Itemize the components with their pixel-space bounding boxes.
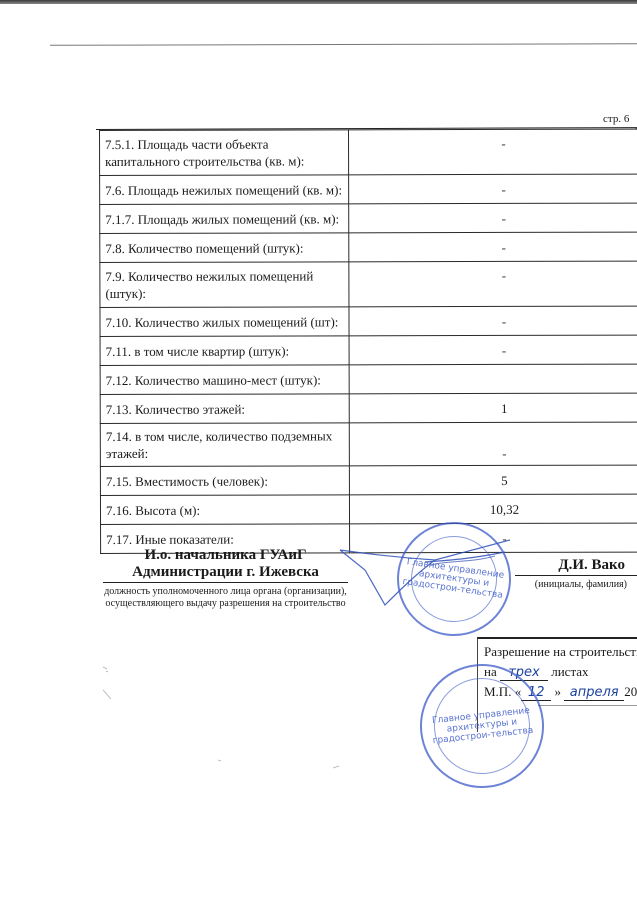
parameter-label: 7.5.1. Площадь части объекта капитальног… [100, 130, 349, 176]
permit-line1: Разрешение на строительство [484, 642, 637, 662]
table-row: 7.13. Количество этажей:1 [100, 393, 637, 423]
table-row: 7.8. Количество помещений (штук):- [100, 232, 637, 262]
building-parameters-table: 7.5.1. Площадь части объекта капитальног… [99, 129, 637, 554]
signatory-caption: должность уполномоченного лица органа (о… [103, 586, 348, 610]
parameter-value: 5 [349, 465, 637, 495]
parameter-value: 1 [349, 393, 637, 423]
header-rule [50, 43, 637, 46]
table-row: 7.12. Количество машино-мест (штук): [100, 364, 637, 394]
parameter-value: - [349, 261, 637, 307]
signatory-name-block: Д.И. Вако (инициалы, фамилия) [515, 557, 637, 590]
signatory-name: Д.И. Вако [515, 557, 637, 576]
parameter-label: 7.13. Количество этажей: [100, 394, 349, 424]
table-row: 7.5.1. Площадь части объекта капитальног… [100, 129, 637, 175]
seal-text: Главное управление архитектуры и градост… [397, 556, 510, 601]
parameter-label: 7.12. Количество машино-мест (штук): [100, 365, 349, 395]
table-row: 7.1.7. Площадь жилых помещений (кв. м):- [100, 203, 637, 233]
table-row: 7.15. Вместимость (человек):5 [100, 465, 637, 495]
parameter-label: 7.15. Вместимость (человек): [100, 466, 349, 496]
parameter-value: 10,32 [349, 494, 637, 524]
parameter-label: 7.8. Количество помещений (штук): [100, 233, 349, 263]
parameter-value: - [349, 335, 637, 365]
seal-text: Главное управление архитектуры и градост… [421, 705, 543, 747]
signatory-title-line1: И.о. начальника ГУАиГ [103, 547, 348, 564]
signatory-title-line2: Администрации г. Ижевска [103, 564, 348, 581]
parameter-value [349, 364, 637, 394]
signatory-title: И.о. начальника ГУАиГ Администрации г. И… [103, 547, 348, 583]
parameter-label: 7.14. в том числе, количество подземных … [100, 423, 349, 467]
parameter-label: 7.9. Количество нежилых помещений (штук)… [100, 262, 349, 308]
signatory-position-block: И.о. начальника ГУАиГ Администрации г. И… [103, 547, 348, 610]
permit-extra-rule [538, 705, 637, 706]
table-row: 7.9. Количество нежилых помещений (штук)… [100, 261, 637, 307]
parameter-value: - [349, 306, 637, 336]
parameter-label: 7.1.7. Площадь жилых помещений (кв. м): [100, 204, 349, 234]
scan-edge [0, 0, 637, 4]
table-row: 7.11. в том числе квартир (штук):- [100, 335, 637, 365]
parameter-value: - [349, 232, 637, 262]
table-row: 7.16. Высота (м):10,32 [100, 494, 637, 524]
parameter-label: 7.11. в том числе квартир (штук): [100, 336, 349, 366]
year-prefix: 20 [624, 684, 637, 699]
table-row: 7.6. Площадь нежилых помещений (кв. м):- [100, 174, 637, 204]
parameter-value: - [349, 129, 637, 175]
table-row: 7.10. Количество жилых помещений (шт):- [100, 306, 637, 336]
quote-close: » [554, 684, 561, 699]
parameter-label: 7.10. Количество жилых помещений (шт): [100, 307, 349, 337]
parameter-value: - [349, 422, 637, 466]
month-handwritten: апреля [564, 686, 624, 701]
page-number: стр. 6 [603, 113, 629, 125]
permit-sheets-label: листах [551, 664, 588, 679]
table-row: 7.14. в том числе, количество подземных … [100, 422, 637, 466]
parameter-label: 7.6. Площадь нежилых помещений (кв. м): [100, 175, 349, 205]
parameter-value: - [349, 174, 637, 204]
parameter-label: 7.16. Высота (м): [100, 495, 349, 525]
parameter-value: - [349, 203, 637, 233]
signatory-name-caption: (инициалы, фамилия) [515, 579, 637, 590]
